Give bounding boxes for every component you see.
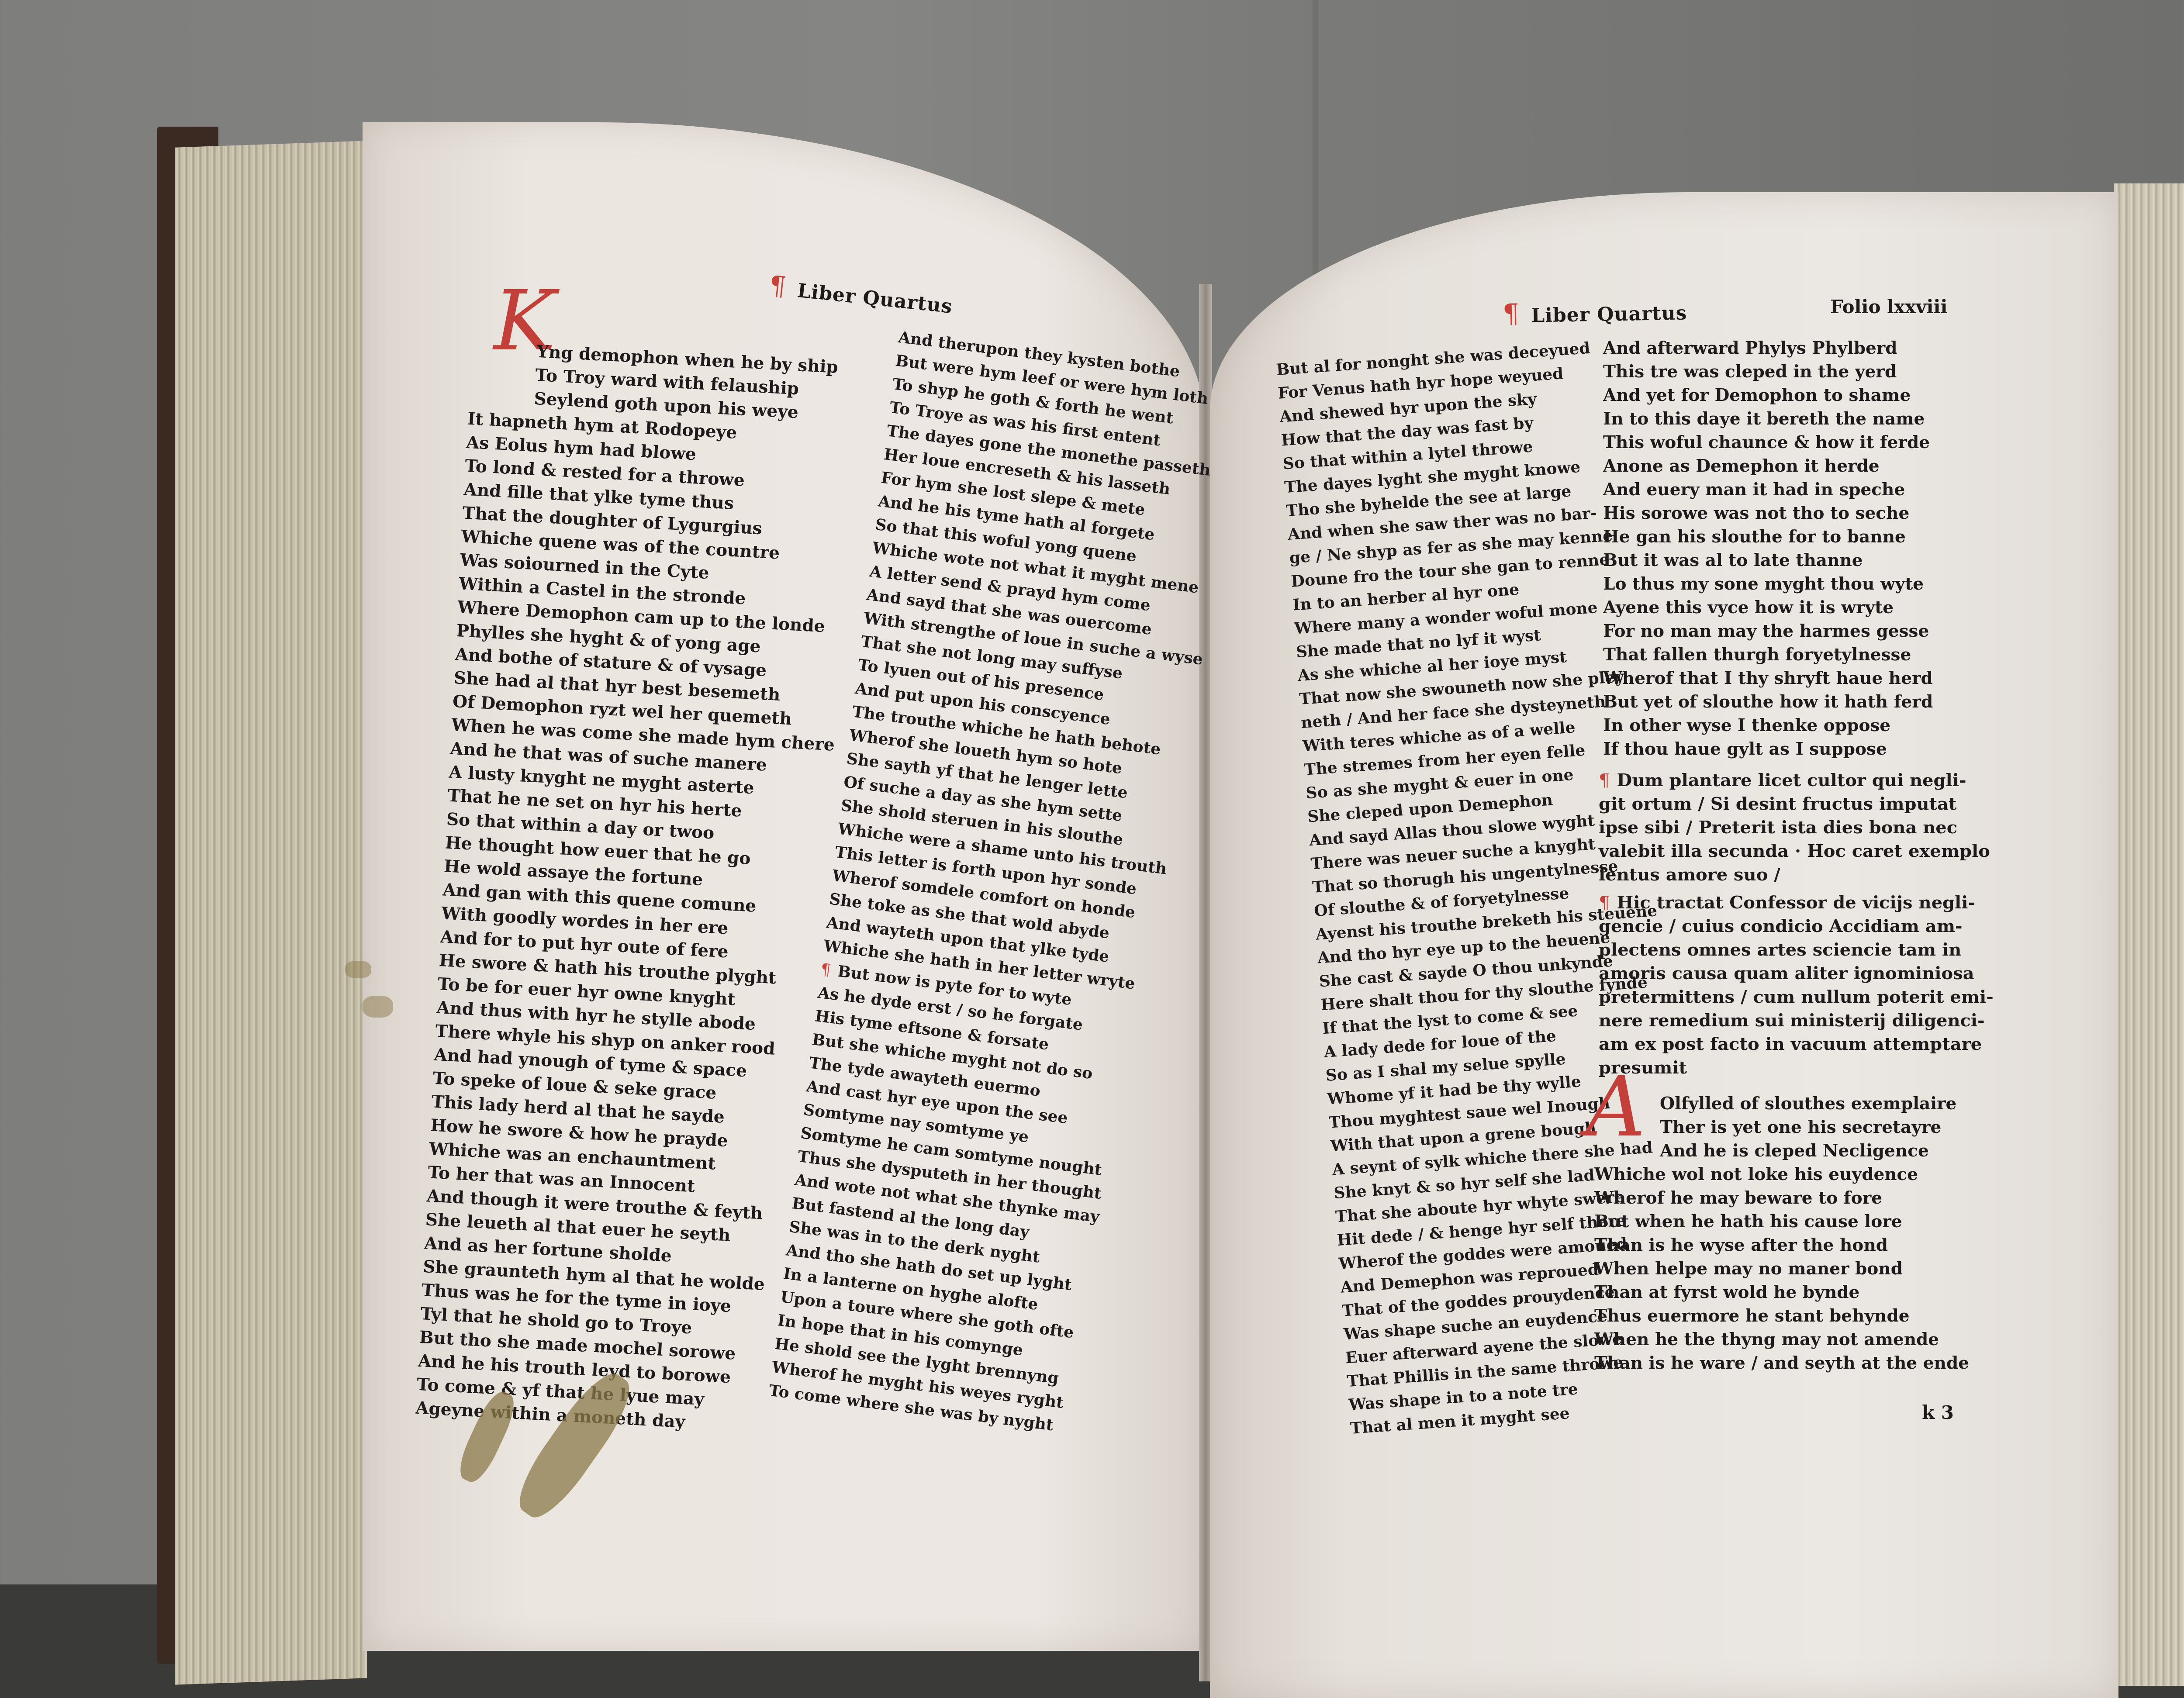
text-line: For no man may the harmes gesse: [1603, 619, 1933, 643]
text-line: pretermittens / cum nullum poterit emi-: [1599, 985, 1994, 1009]
text-line: Than at fyrst wold he bynde: [1594, 1280, 1969, 1304]
text-line: Than is he ware / and seyth at the ende: [1594, 1351, 1969, 1375]
text-line: Ayene this vyce how it is wryte: [1603, 596, 1933, 619]
text-line: But when he hath his cause lore: [1594, 1210, 1969, 1233]
right-page-column-2-verse-continued: Olfylled of slouthes exemplaireTher is y…: [1594, 1092, 1969, 1375]
latin-verse: ¶Dum plantare licet cultor qui negli-git…: [1599, 769, 1990, 887]
text-line: His sorowe was not tho to seche: [1603, 501, 1933, 525]
right-page-column-2-verse: And afterward Phylys PhylberdThis tre wa…: [1603, 336, 1933, 761]
text-line: This woful chaunce & how it ferde: [1603, 431, 1933, 454]
text-line: He gan his slouthe for to banne: [1603, 525, 1933, 549]
text-line: gencie / cuius condicio Accidiam am-: [1599, 915, 1994, 938]
page-stain: [345, 961, 371, 978]
text-line: In to this daye it bereth the name: [1603, 407, 1933, 431]
text-line: presumit: [1599, 1056, 1994, 1080]
text-line: Wherof that I thy shryft haue herd: [1603, 666, 1933, 690]
text-line: Ther is yet one his secretayre: [1594, 1115, 1969, 1139]
text-line: Whiche wol not loke his euydence: [1594, 1163, 1969, 1186]
text-line: That fallen thurgh foryetylnesse: [1603, 643, 1933, 666]
signature-mark: k 3: [1922, 1402, 1954, 1423]
text-line: And euery man it had in speche: [1603, 478, 1933, 501]
text-line: This tre was cleped in the yerd: [1603, 360, 1933, 383]
text-line: valebit illa secunda · Hoc caret exemplo: [1599, 839, 1990, 863]
page-edges-right: [2114, 183, 2184, 1686]
text-line: When helpe may no maner bond: [1594, 1257, 1969, 1280]
text-line: Than is he wyse after the hond: [1594, 1233, 1969, 1257]
text-line: nere remedium sui ministerij diligenci-: [1599, 1009, 1994, 1032]
folio-number: Folio lxxviii: [1830, 296, 1947, 318]
text-line: Wherof he may beware to fore: [1594, 1186, 1969, 1210]
text-line: ¶Dum plantare licet cultor qui negli-: [1599, 769, 1990, 792]
text-line: Anone as Demephon it herde: [1603, 454, 1933, 478]
text-line: When he the thyng may not amende: [1594, 1328, 1969, 1351]
text-line: Lo thus my sone myght thou wyte: [1603, 572, 1933, 596]
text-line: In other wyse I thenke oppose: [1603, 714, 1933, 737]
text-line: But yet of slouthe how it hath ferd: [1603, 690, 1933, 714]
paragraph-mark-icon: ¶: [1599, 893, 1610, 913]
text-line: plectens omnes artes sciencie tam in: [1599, 938, 1994, 962]
paragraph-mark-icon: ¶: [1599, 770, 1610, 790]
text-line: If thou haue gylt as I suppose: [1603, 737, 1933, 761]
text-line: ¶Hic tractat Confessor de vicijs negli-: [1599, 891, 1994, 915]
text-line: And yet for Demophon to shame: [1603, 383, 1933, 407]
paragraph-mark-icon: ¶: [819, 960, 832, 979]
text-line: And he is cleped Necligence: [1594, 1139, 1969, 1163]
text-line: But it was al to late thanne: [1603, 549, 1933, 572]
right-running-head: ¶Liber Quartus: [1502, 295, 1687, 329]
text-line: amoris causa quam aliter ignominiosa: [1599, 962, 1994, 985]
text-line: ipse sibi / Preterit ista dies bona nec: [1599, 816, 1990, 839]
page-edges-left: [175, 141, 367, 1684]
text-line: am ex post facto in vacuum attemptare: [1599, 1032, 1994, 1056]
paragraph-mark-icon: ¶: [767, 270, 788, 302]
latin-gloss: ¶Hic tractat Confessor de vicijs negli-g…: [1599, 891, 1994, 1080]
paragraph-mark-icon: ¶: [1502, 298, 1520, 329]
text-line: And afterward Phylys Phylberd: [1603, 336, 1933, 360]
text-line: Olfylled of slouthes exemplaire: [1594, 1092, 1969, 1115]
text-line: git ortum / Si desint fructus imputat: [1599, 792, 1990, 816]
page-stain: [363, 996, 393, 1018]
text-line: Thus euermore he stant behynde: [1594, 1304, 1969, 1328]
text-line: lentus amore suo /: [1599, 863, 1990, 887]
